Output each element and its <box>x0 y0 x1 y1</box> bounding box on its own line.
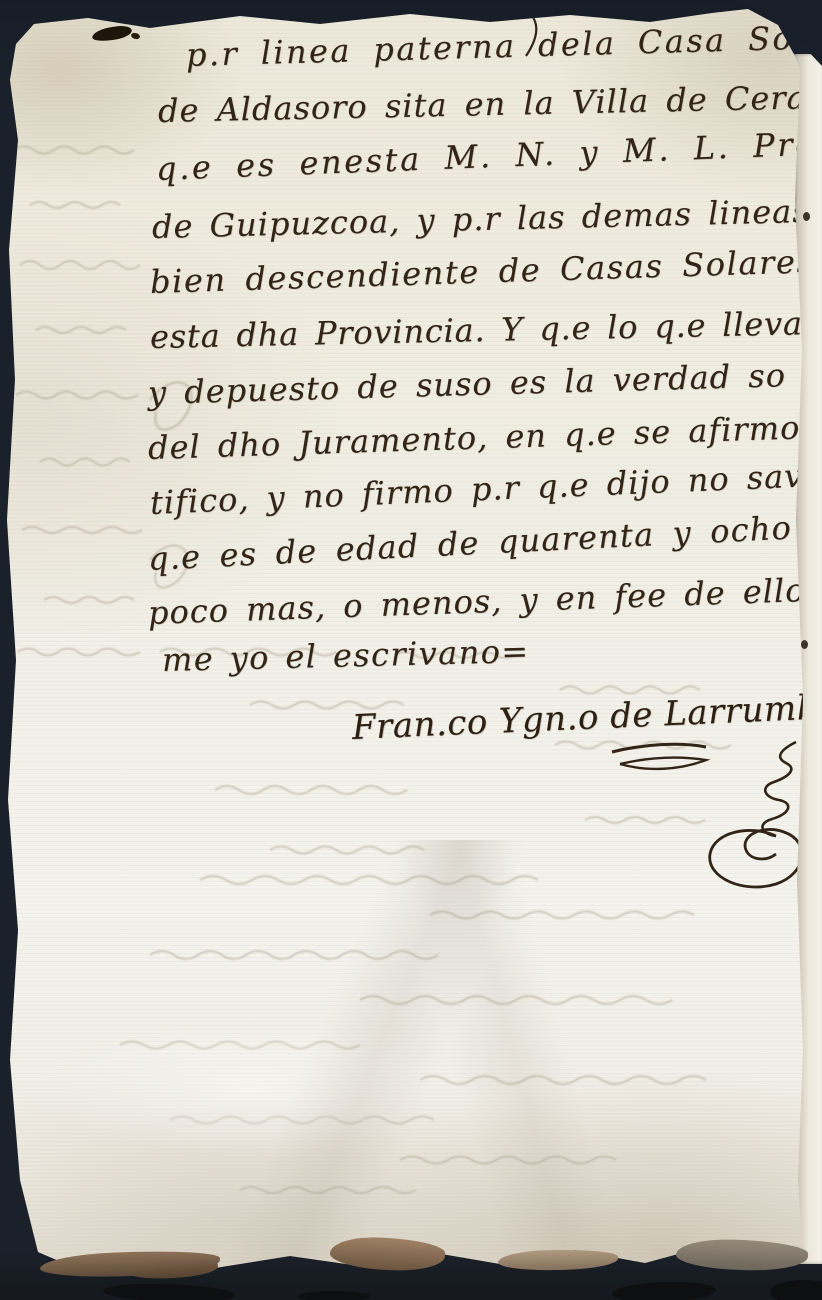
signature-underline <box>620 758 706 769</box>
bottom-shadow-blob <box>770 1280 822 1300</box>
torn-edge-fragment <box>498 1249 618 1271</box>
stray-pen-mark <box>526 16 536 56</box>
flourish-stroke-group <box>526 16 802 887</box>
manuscript-scan: p.r linea paterna dela Casa Solar de Ald… <box>0 0 822 1300</box>
rubric-zigzag <box>762 742 796 836</box>
signature-underline <box>612 744 706 752</box>
rubric-spiral <box>710 829 802 887</box>
manuscript-page: p.r linea paterna dela Casa Solar de Ald… <box>0 0 808 1294</box>
pen-flourishes <box>0 0 808 1294</box>
bottom-shadow-blob <box>298 1291 370 1300</box>
paper-edge-notch <box>803 212 810 221</box>
paper-edge-notch <box>801 640 808 649</box>
